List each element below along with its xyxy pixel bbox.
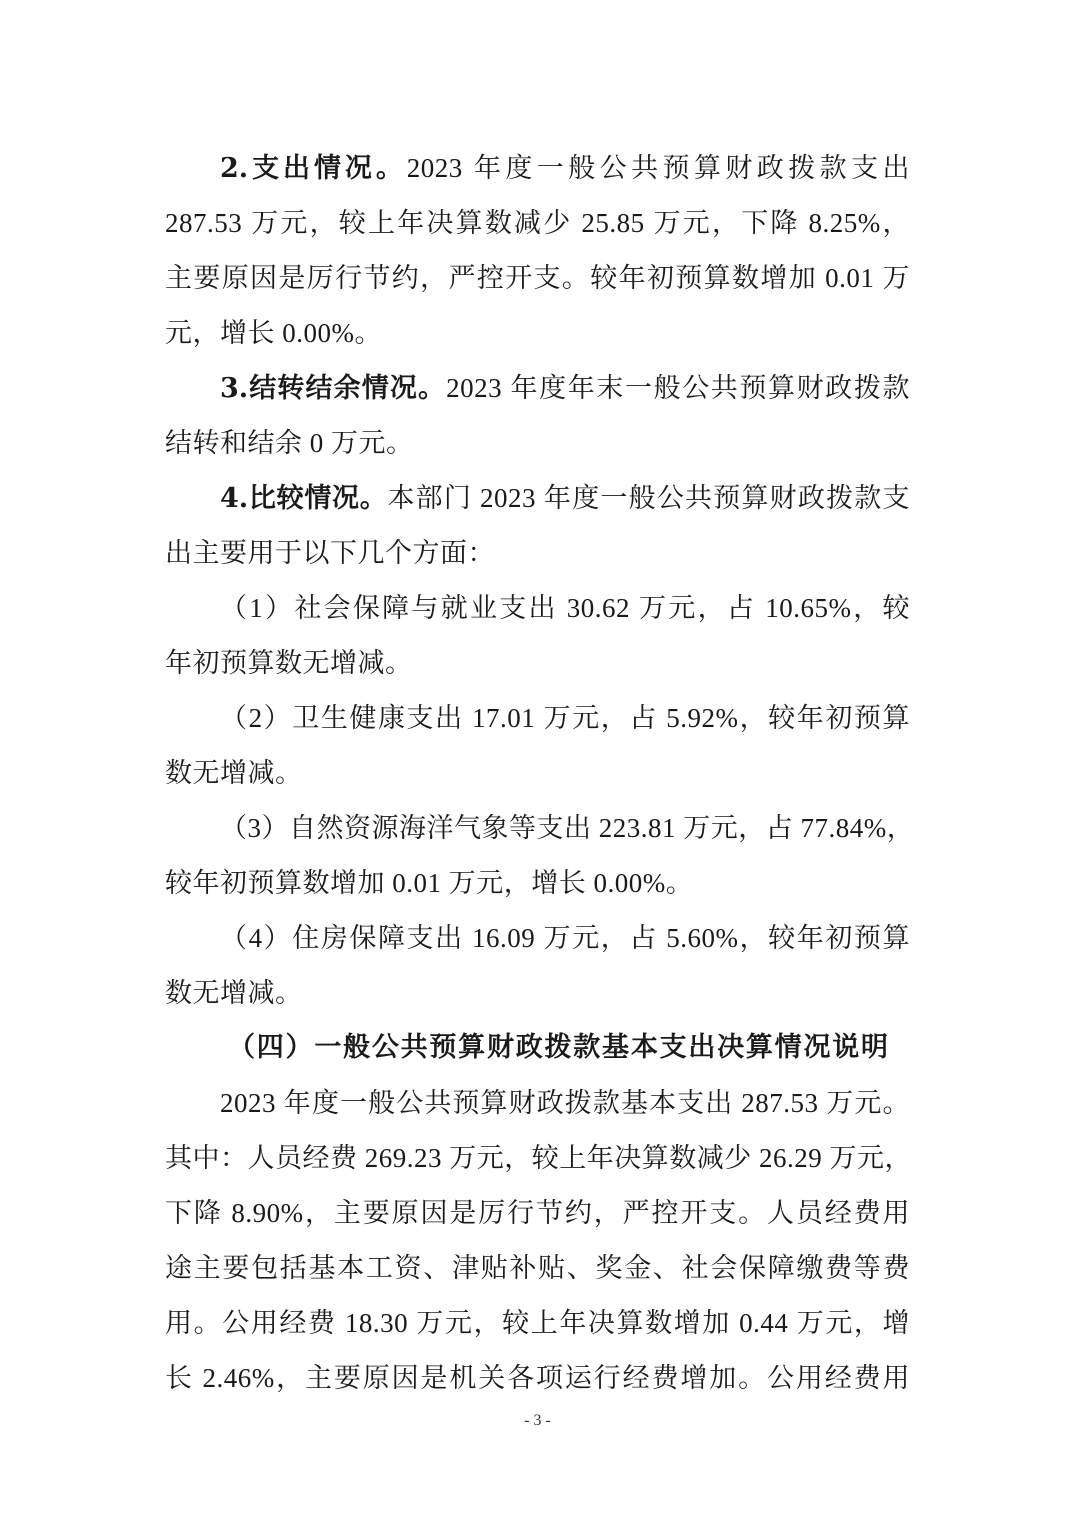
page-number: - 3 - [0,1412,1075,1430]
paragraph-basic-line-2: 其中：人员经费 269.23 万元，较上年决算数减少 26.29 万元， [165,1138,910,1178]
list-item-1-line-1: （1）社会保障与就业支出 30.62 万元，占 10.65%，较 [220,588,910,628]
paragraph-expenditure-line-2: 287.53 万元，较上年决算数减少 25.85 万元，下降 8.25%， [165,203,910,243]
list-item-3-line-1: （3）自然资源海洋气象等支出 223.81 万元，占 77.84%， [220,808,910,848]
list-item-2-line-2: 数无增减。 [165,753,910,793]
paragraph-basic-line-5: 用。公用经费 18.30 万元，较上年决算数增加 0.44 万元，增 [165,1303,910,1343]
paragraph-expenditure-line-4: 元，增长 0.00%。 [165,313,910,353]
paragraph-comparison-line-1: 4.比较情况。本部门 2023 年度一般公共预算财政拨款支 [220,478,910,518]
paragraph-comparison-line-2: 出主要用于以下几个方面： [165,533,910,573]
paragraph-basic-line-4: 途主要包括基本工资、津贴补贴、奖金、社会保障缴费等费 [165,1248,910,1288]
section-title-carryover: 3.结转结余情况。 [220,373,446,404]
paragraph-expenditure-line-1: 2.支出情况。2023 年度一般公共预算财政拨款支出 [220,148,910,188]
list-item-4-line-1: （4）住房保障支出 16.09 万元，占 5.60%，较年初预算 [220,918,910,958]
paragraph-carryover-line-2: 结转和结余 0 万元。 [165,423,910,463]
paragraph-basic-line-3: 下降 8.90%，主要原因是厉行节约，严控开支。人员经费用 [165,1193,910,1233]
paragraph-basic-line-1: 2023 年度一般公共预算财政拨款基本支出 287.53 万元。 [220,1083,910,1123]
list-item-2-line-1: （2）卫生健康支出 17.01 万元，占 5.92%，较年初预算 [220,698,910,738]
section-title-expenditure: 2.支出情况。 [220,153,407,184]
paragraph-expenditure-line-3: 主要原因是厉行节约，严控开支。较年初预算数增加 0.01 万 [165,258,910,298]
section-heading-basic-expenditure: （四）一般公共预算财政拨款基本支出决算情况说明 [228,1028,888,1068]
paragraph-carryover-line-1: 3.结转结余情况。2023 年度年末一般公共预算财政拨款 [220,368,910,408]
paragraph-basic-line-6: 长 2.46%，主要原因是机关各项运行经费增加。公用经费用 [165,1358,910,1398]
list-item-3-line-2: 较年初预算数增加 0.01 万元，增长 0.00%。 [165,863,910,903]
document-page: 2.支出情况。2023 年度一般公共预算财政拨款支出 287.53 万元，较上年… [0,0,1075,1520]
list-item-4-line-2: 数无增减。 [165,973,910,1013]
list-item-1-line-2: 年初预算数无增减。 [165,643,910,683]
section-title-comparison: 4.比较情况。 [220,483,387,514]
